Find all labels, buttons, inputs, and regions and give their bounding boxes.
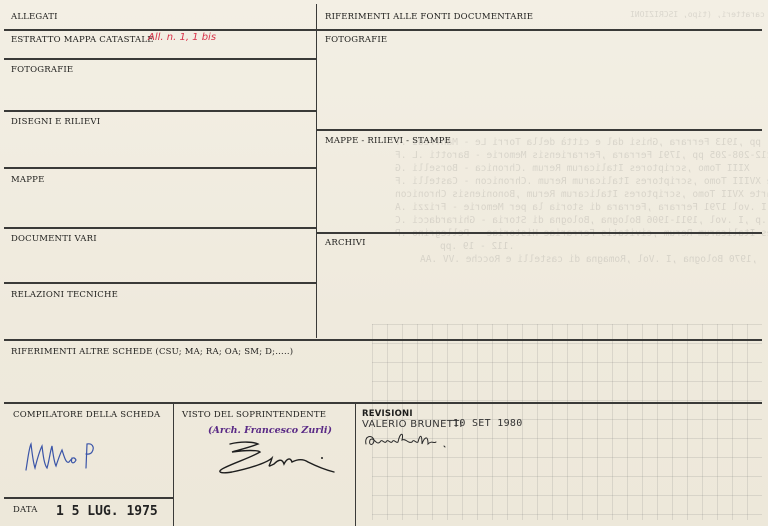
divider — [173, 403, 174, 526]
show-through-text: .112 - 19 .pp — [440, 241, 514, 252]
show-through-text: .... I parte XVII Tomo ,scriptores Itali… — [395, 189, 768, 200]
rule — [4, 402, 762, 404]
rule — [317, 232, 762, 234]
rule — [4, 227, 316, 229]
compilatore-label: COMPILATORE DELLA SCHEDA — [13, 410, 160, 420]
documenti-vari-label: DOCUMENTI VARI — [11, 234, 97, 244]
rule — [4, 167, 316, 169]
fotografie-fonti-label: FOTOGRAFIE — [325, 35, 387, 45]
riferimenti-altre-schede-label: RIFERIMENTI ALTRE SCHEDE (CSU; MA; RA; O… — [11, 347, 293, 357]
visto-soprintendente-label: VISTO DEL SOPRINTENDENTE — [182, 410, 326, 420]
show-through-text: XIII Tomo ,scriptores Italicarum Rerum .… — [395, 163, 750, 174]
rule — [4, 282, 316, 284]
revisore-signature — [362, 430, 452, 452]
show-through-text: .172 .p III .vol ,59 .p ,I .vol 1791 Fer… — [395, 202, 768, 213]
show-through-text: epoca) caratteri, (tipo, ISCRIZIONI — [630, 10, 768, 19]
center-divider — [316, 4, 317, 338]
revisore-name: VALERIO BRUNETTI — [362, 419, 463, 430]
disegni-rilievi-label: DISEGNI E RILIEVI — [11, 117, 100, 127]
rule — [4, 497, 173, 499]
show-through-text: .212-208-205 pp ,1791 Ferrara ,Ferrarien… — [395, 150, 768, 161]
rule — [4, 58, 316, 60]
divider — [355, 403, 356, 526]
rule — [317, 129, 762, 131]
riferimenti-fonti-heading: RIFERIMENTI ALLE FONTI DOCUMENTARIE — [325, 12, 533, 22]
revisioni-label: REVISIONI — [362, 409, 413, 419]
soprintendente-stamp: (Arch. Francesco Zurli) — [208, 425, 332, 436]
estratto-mappa-catastale-value: All. n. 1, 1 bis — [148, 32, 216, 43]
relazioni-tecniche-label: RELAZIONI TECNICHE — [11, 290, 118, 300]
show-through-text: ,1970 Bologna ,I .Vol ,Romagna di castel… — [420, 254, 757, 265]
catalog-form-sheet: epoca) caratteri, (tipo, ISCRIZIONI .120… — [0, 0, 768, 526]
soprintendente-signature — [212, 438, 342, 478]
compilatore-signature — [22, 438, 102, 474]
rule — [317, 29, 762, 31]
revisione-date: 10 SET 1980 — [453, 418, 523, 429]
mappe-label: MAPPE — [11, 175, 45, 185]
data-value: 1 5 LUG. 1975 — [56, 504, 158, 519]
show-through-text: .13-11 .pp ,I parte XVIII Tomo ,scriptor… — [395, 176, 768, 187]
allegati-heading: ALLEGATI — [11, 12, 58, 22]
fotografie-label: FOTOGRAFIE — [11, 65, 73, 75]
mappe-rilievi-stampe-label: MAPPE - RILIEVI - STAMPE — [325, 136, 451, 146]
rule — [4, 110, 316, 112]
archivi-label: ARCHIVI — [325, 238, 366, 248]
estratto-mappa-catastale-label: ESTRATTO MAPPA CATASTALE — [11, 35, 154, 45]
data-label: DATA — [13, 505, 38, 515]
show-through-text: .217 .p ,I .vol ,1911-1906 Bologna ,Bolo… — [395, 215, 768, 226]
rule — [4, 29, 316, 31]
rule — [4, 339, 762, 341]
